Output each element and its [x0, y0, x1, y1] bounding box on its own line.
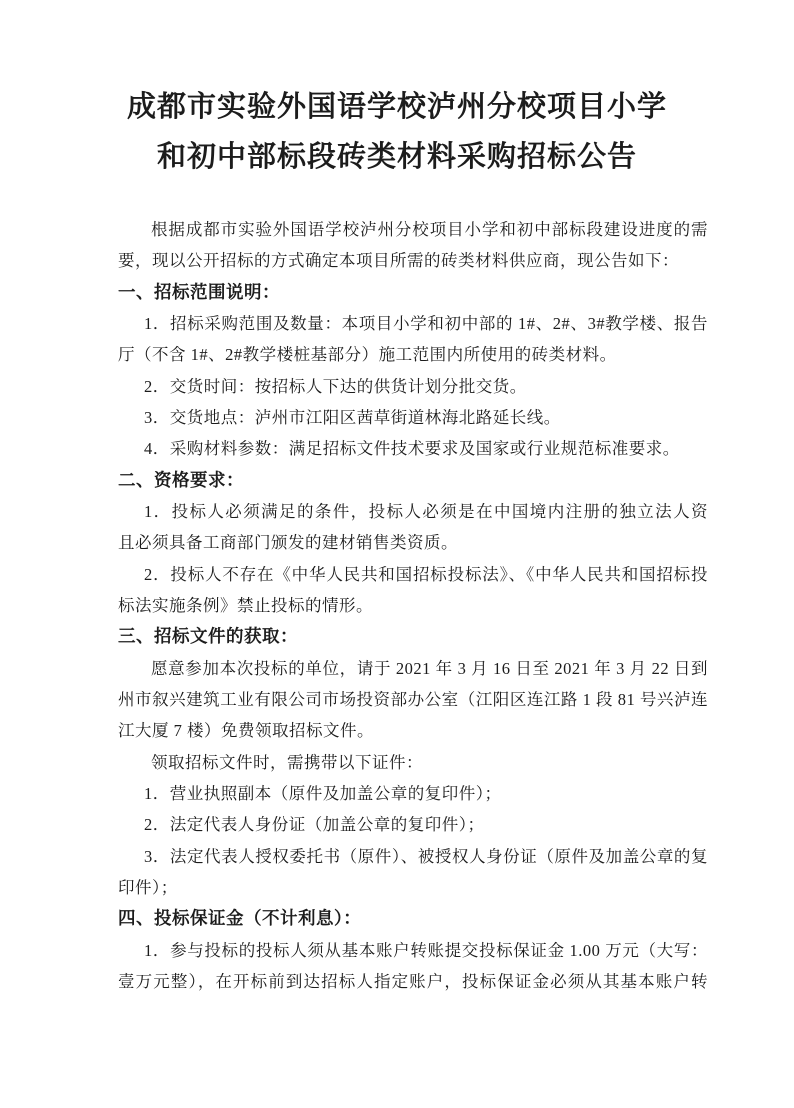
body-line: 3．法定代表人授权委托书（原件）、被授权人身份证（原件及加盖公章的复 — [118, 841, 708, 872]
body-line: 2．法定代表人身份证（加盖公章的复印件）； — [118, 809, 708, 840]
body-line: 印件）； — [118, 872, 708, 903]
body-line: 1．营业执照副本（原件及加盖公章的复印件）； — [118, 778, 708, 809]
body-line: 壹万元整），在开标前到达招标人指定账户，投标保证金必须从其基本账户转出， — [118, 966, 708, 997]
document-title-line-1: 成都市实验外国语学校泸州分校项目小学 — [0, 82, 794, 132]
body-line: 要，现以公开招标的方式确定本项目所需的砖类材料供应商，现公告如下： — [118, 245, 708, 276]
section-heading-4: 四、投标保证金（不计利息）： — [118, 903, 708, 934]
body-line: 1．招标采购范围及数量：本项目小学和初中部的 1#、2#、3#教学楼、报告 — [118, 308, 708, 339]
body-line: 2．投标人不存在《中华人民共和国招标投标法》、《中华人民共和国招标投 — [118, 559, 708, 590]
body-line: 江大厦 7 楼）免费领取招标文件。 — [118, 715, 708, 746]
body-line: 厅（不含 1#、2#教学楼桩基部分）施工范围内所使用的砖类材料。 — [118, 339, 708, 370]
section-heading-2: 二、资格要求： — [118, 465, 708, 496]
body-line: 标法实施条例》禁止投标的情形。 — [118, 590, 708, 621]
body-line: 1．投标人必须满足的条件，投标人必须是在中国境内注册的独立法人资格， — [118, 496, 708, 527]
body-line: 愿意参加本次投标的单位，请于 2021 年 3 月 16 日至 2021 年 3… — [118, 653, 708, 684]
body-line: 领取招标文件时，需携带以下证件： — [118, 747, 708, 778]
body-line: 2．交货时间：按招标人下达的供货计划分批交货。 — [118, 371, 708, 402]
section-heading-3: 三、招标文件的获取： — [118, 621, 708, 652]
document-title: 成都市实验外国语学校泸州分校项目小学 和初中部标段砖类材料采购招标公告 — [0, 82, 794, 182]
body-line: 1．参与投标的投标人须从基本账户转账提交投标保证金 1.00 万元（大写： — [118, 935, 708, 966]
section-heading-1: 一、招标范围说明： — [118, 277, 708, 308]
document-title-line-2: 和初中部标段砖类材料采购招标公告 — [0, 132, 794, 182]
body-line: 州市叙兴建筑工业有限公司市场投资部办公室（江阳区连江路 1 段 81 号兴泸连 — [118, 684, 708, 715]
document-body: 根据成都市实验外国语学校泸州分校项目小学和初中部标段建设进度的需 要，现以公开招… — [118, 214, 708, 997]
body-line: 根据成都市实验外国语学校泸州分校项目小学和初中部标段建设进度的需 — [118, 214, 708, 245]
body-line: 3．交货地点：泸州市江阳区茜草街道林海北路延长线。 — [118, 402, 708, 433]
body-line: 4．采购材料参数：满足招标文件技术要求及国家或行业规范标准要求。 — [118, 433, 708, 464]
document-page: 成都市实验外国语学校泸州分校项目小学 和初中部标段砖类材料采购招标公告 根据成都… — [0, 0, 794, 1108]
body-line: 且必须具备工商部门颁发的建材销售类资质。 — [118, 527, 708, 558]
